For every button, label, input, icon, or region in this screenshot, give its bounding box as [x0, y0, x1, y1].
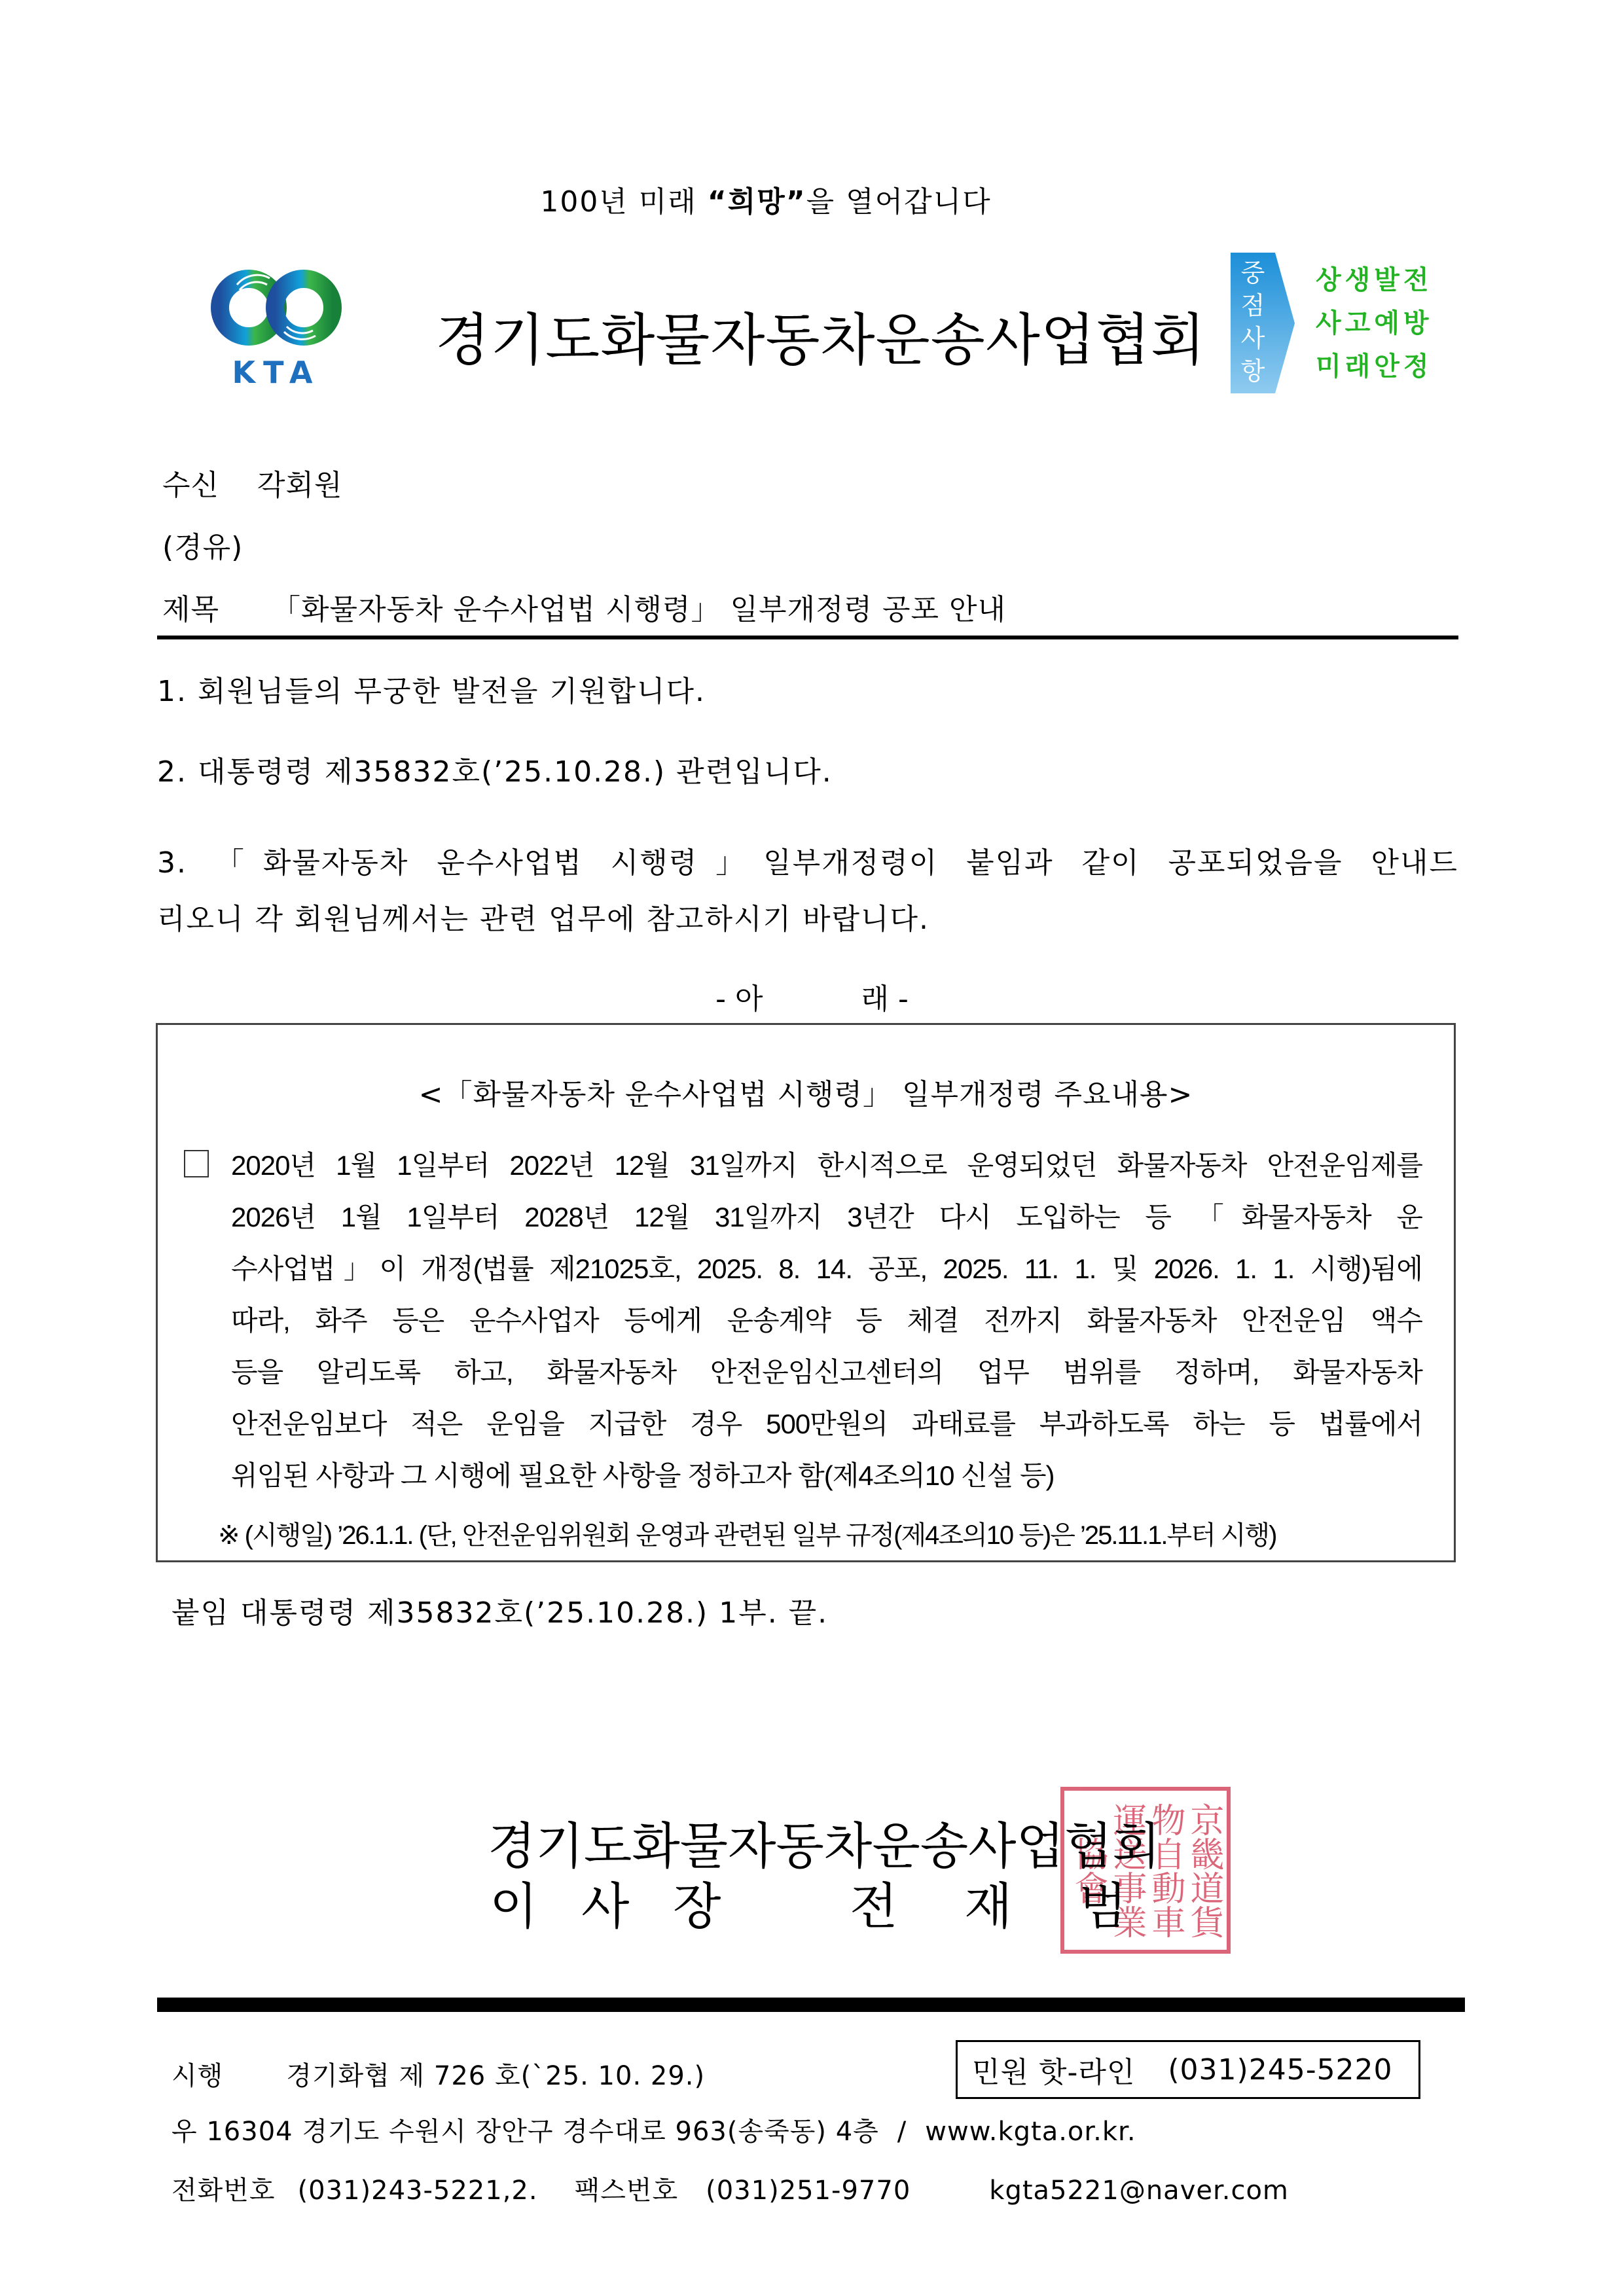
hotline-label: 민원 핫-라인	[972, 2049, 1135, 2090]
doc-number-value: 경기화협 제 726 호(`25. 10. 29.)	[286, 2061, 705, 2091]
recipient-value: 각회원	[257, 469, 343, 502]
paragraph-3-line-1: 3. 「화물자동차 운수사업법 시행령」일부개정령이 붙임과 같이 공포되었음을…	[157, 839, 1458, 881]
focus-list: 상생발전 사고예방 미래안정	[1316, 259, 1433, 388]
subject-value: 「화물자동차 운수사업법 시행령」 일부개정령 공포 안내	[272, 593, 1006, 626]
via-line: (경유)	[162, 524, 243, 565]
address-separator: /	[897, 2117, 907, 2147]
seal-text: 京畿道貨	[1184, 1797, 1223, 1943]
fax-value: (031)251-9770	[706, 2176, 911, 2206]
svg-text:KTA: KTA	[232, 355, 320, 389]
name-char: 전	[850, 1867, 964, 1938]
paragraph-2: 2. 대통령령 제35832호(’25.10.28.) 관련입니다.	[157, 748, 833, 790]
title-char: 장	[673, 1867, 850, 1938]
recipient-label: 수신	[162, 469, 219, 502]
summary-line: 위임된 사항과 그 시행에 필요한 사항을 정하고자 함(제4조의10 신설 등…	[184, 1450, 1422, 1501]
name-char: 재	[964, 1867, 1079, 1938]
slogan: 100년 미래 “희망”을 열어갑니다	[0, 178, 1532, 220]
kta-logo: KTA	[211, 259, 342, 389]
summary-box: <「화물자동차 운수사업법 시행령」 일부개정령 주요내용> 2020년 1월 …	[156, 1023, 1456, 1562]
paragraph-3-line-2: 리오니 각 회원님께서는 관련 업무에 참고하시기 바랍니다.	[157, 895, 929, 937]
summary-line: 2026년 1월 1일부터 2028년 12월 31일까지 3년간 다시 도입하…	[184, 1191, 1422, 1243]
infinity-logo-icon: KTA	[211, 259, 342, 389]
focus-item: 상생발전	[1316, 259, 1433, 302]
focus-tag: 중 점 사 항	[1231, 253, 1295, 393]
hotline-box: 민원 핫-라인(031)245-5220	[956, 2040, 1420, 2099]
summary-line-text: 2020년 1월 1일부터 2022년 12월 31일까지 한시적으로 운영되었…	[231, 1150, 1422, 1181]
subject-label: 제목	[162, 593, 219, 626]
below-heading: - 아래 -	[0, 975, 1624, 1017]
slogan-prefix: 100년 미래	[540, 185, 707, 219]
checkbox-bullet-icon	[184, 1150, 209, 1177]
summary-line: 따라, 화주 등은 운수사업자 등에게 운송계약 등 체결 전까지 화물자동차 …	[184, 1295, 1422, 1346]
summary-line: 안전운임보다 적은 운임을 지급한 경우 500만원의 과태료를 부과하도록 하…	[184, 1398, 1422, 1450]
title-char: 이	[490, 1867, 581, 1938]
phone-value[interactable]: (031)243-5221,2.	[298, 2176, 538, 2206]
recipient-line: 수신각회원	[162, 461, 343, 503]
below-heading-right: 래 -	[861, 982, 909, 1016]
footer-divider	[157, 1998, 1465, 2012]
summary-line: 등을 알리도록 하고, 화물자동차 안전운임신고센터의 업무 범위를 정하며, …	[184, 1346, 1422, 1398]
below-heading-left: - 아	[715, 982, 763, 1016]
website-link[interactable]: www.kgta.or.kr.	[925, 2117, 1136, 2147]
summary-body: 2020년 1월 1일부터 2022년 12월 31일까지 한시적으로 운영되었…	[184, 1139, 1422, 1501]
focus-tag-char: 점	[1241, 289, 1265, 322]
attachment-line: 붙임 대통령령 제35832호(’25.10.28.) 1부. 끝.	[171, 1589, 828, 1631]
address: 우 16304 경기도 수원시 장안구 경수대로 963(송죽동) 4층	[171, 2117, 879, 2147]
address-line: 우 16304 경기도 수원시 장안구 경수대로 963(송죽동) 4층/www…	[171, 2111, 1136, 2148]
title-char: 사	[581, 1867, 673, 1938]
organization-title: 경기도화물자동차운송사업협회	[435, 295, 1206, 376]
email-link[interactable]: kgta5221@naver.com	[989, 2176, 1289, 2206]
summary-line: 2020년 1월 1일부터 2022년 12월 31일까지 한시적으로 운영되었…	[184, 1139, 1422, 1191]
focus-tag-char: 사	[1241, 322, 1265, 355]
effective-date-note: ※ (시행일) ’26.1.1. (단, 안전운임위원회 운영과 관련된 일부 …	[218, 1515, 1422, 1552]
focus-tag-char: 항	[1241, 355, 1265, 387]
summary-title: <「화물자동차 운수사업법 시행령」 일부개정령 주요내용>	[158, 1071, 1454, 1113]
name-char: 범	[1079, 1867, 1127, 1938]
focus-item: 미래안정	[1316, 345, 1433, 388]
paragraph-1: 1. 회원님들의 무궁한 발전을 기원합니다.	[157, 668, 706, 709]
subject-line: 제목「화물자동차 운수사업법 시행령」 일부개정령 공포 안내	[162, 586, 1006, 628]
signature-name: 이사장전재범	[490, 1867, 1127, 1938]
slogan-emphasis: “희망”	[708, 185, 806, 219]
hotline-number[interactable]: (031)245-5220	[1168, 2053, 1392, 2087]
phone-label: 전화번호	[171, 2176, 276, 2206]
slogan-suffix: 을 열어갑니다	[806, 185, 992, 219]
doc-number-label: 시행	[171, 2061, 223, 2091]
fax-label: 팩스번호	[575, 2176, 679, 2206]
contact-line: 전화번호(031)243-5221,2.팩스번호(031)251-9770kgt…	[171, 2170, 1289, 2207]
subject-divider	[157, 636, 1458, 639]
focus-tag-char: 중	[1241, 257, 1265, 289]
focus-item: 사고예방	[1316, 302, 1433, 345]
document-number-line: 시행경기화협 제 726 호(`25. 10. 29.)	[171, 2055, 705, 2092]
summary-line: 수사업법」이 개정(법률 제21025호, 2025. 8. 14. 공포, 2…	[184, 1243, 1422, 1295]
